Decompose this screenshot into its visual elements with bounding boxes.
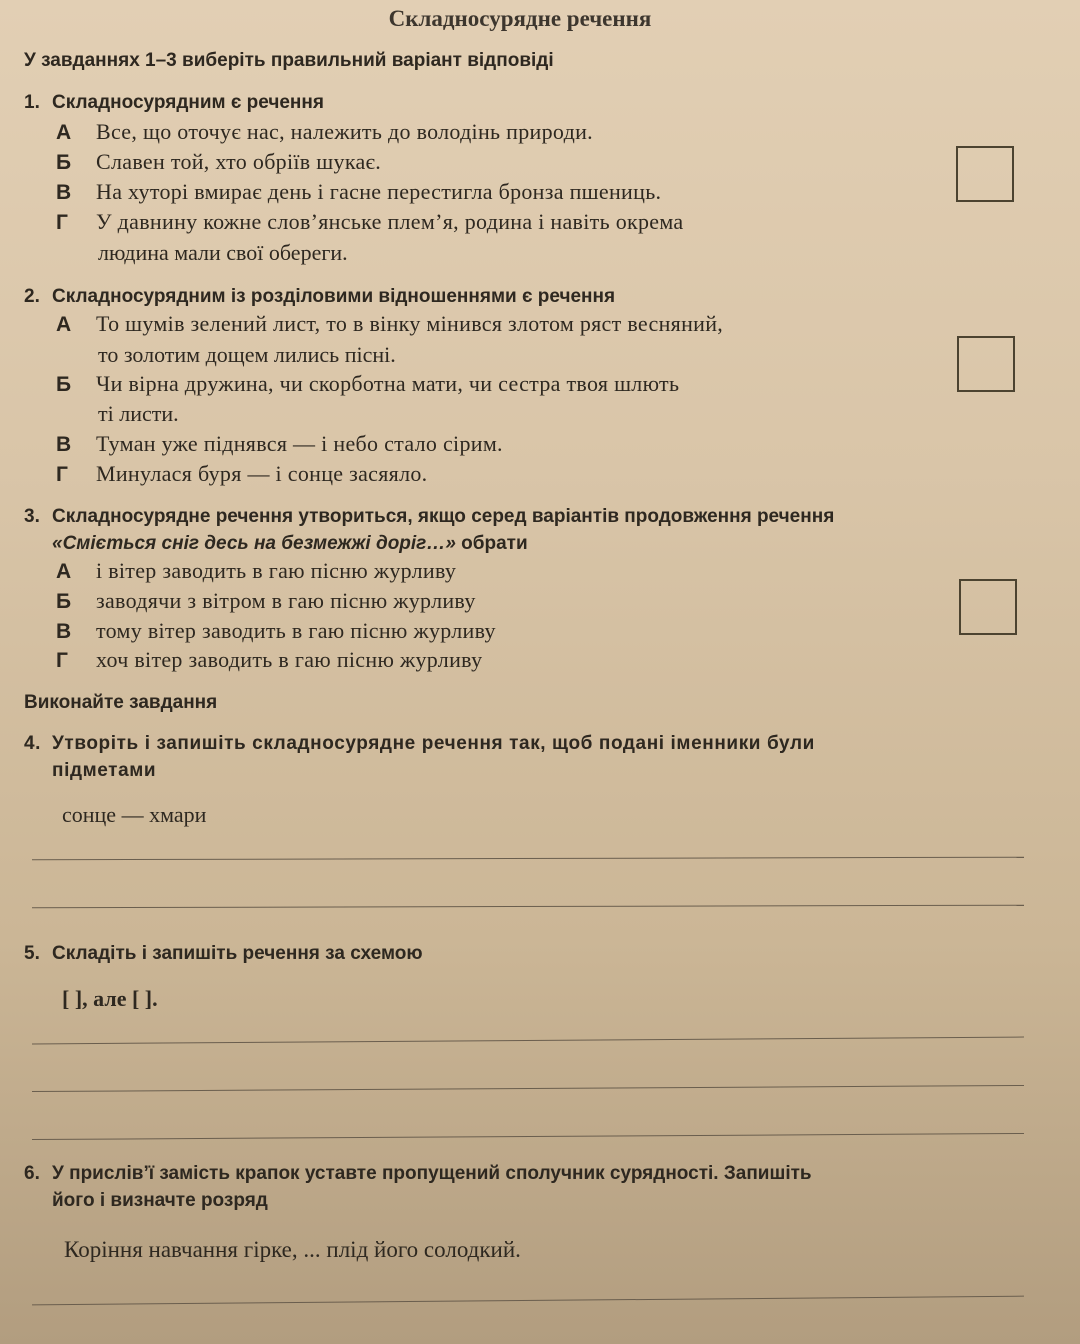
page-title: Складносурядне речення [0,6,1040,32]
question-3-option-b[interactable]: Бзаводячи з вітром в гаю пісню журливу [56,586,476,617]
question-3-quote: «Сміється сніг десь на безмежжі доріг…» [52,533,456,554]
worksheet-page: Складносурядне речення У завданнях 1–3 в… [0,0,1080,1344]
question-6-proverb: Коріння навчання гірке, ... плід його со… [64,1237,521,1263]
question-1-option-c[interactable]: ВНа хуторі вмирає день і гасне перестигл… [56,177,661,208]
question-3-prompt: 3.Складносурядне речення утвориться, якщ… [24,503,1024,557]
question-3-option-a[interactable]: Аі вітер заводить в гаю пісню журливу [56,556,456,587]
question-2-prompt: 2.Складносурядним із розділовими відноше… [24,283,1024,310]
question-1-option-b[interactable]: БСлавен той, хто обріїв шукає. [56,147,381,178]
question-5-answer-line-2[interactable] [32,1085,1024,1092]
question-1-option-a[interactable]: АВсе, що оточує нас, належить до володін… [56,117,593,148]
question-2-option-d[interactable]: ГМинулася буря — і сонце засяяло. [56,459,427,490]
tasks-section-heading: Виконайте завдання [24,692,217,714]
question-1-prompt: 1.Складносурядним є речення [24,89,1024,116]
question-1-answer-box[interactable] [956,146,1014,202]
question-4-answer-line-1[interactable] [32,857,1024,861]
question-5-answer-line-1[interactable] [32,1037,1024,1045]
question-6-prompt: 6.У прислів’ї замість крапок уставте про… [24,1160,1024,1214]
question-1-option-d[interactable]: ГУ давнину кожне слов’янське плем’я, род… [56,207,684,238]
question-5-answer-line-3[interactable] [32,1133,1024,1140]
question-6-answer-line-1[interactable] [32,1296,1024,1306]
question-4-answer-line-2[interactable] [32,905,1024,909]
question-2-answer-box[interactable] [957,336,1015,392]
question-1-option-d-continuation: людина мали свої обереги. [98,240,348,266]
question-4-given-words: сонце — хмари [62,802,206,828]
question-4-prompt: 4.Утворіть і запишіть складносурядне реч… [24,730,1024,784]
question-2-option-a[interactable]: АТо шумів зелений лист, то в вінку мінив… [56,309,723,340]
question-3-answer-box[interactable] [959,579,1017,635]
instructions-heading: У завданнях 1–3 виберіть правильний варі… [24,50,554,72]
question-2-option-b-continuation: ті листи. [98,401,179,427]
question-2-option-b[interactable]: БЧи вірна дружина, чи скорботна мати, чи… [56,369,679,400]
question-2-option-a-continuation: то золотим дощем лились пісні. [98,342,396,368]
question-5-scheme: [ ], але [ ]. [62,986,158,1012]
question-2-option-c[interactable]: ВТуман уже піднявся — і небо стало сірим… [56,429,503,460]
question-3-option-d[interactable]: Гхоч вітер заводить в гаю пісню журливу [56,645,482,676]
question-3-option-c[interactable]: Втому вітер заводить в гаю пісню журливу [56,616,496,647]
question-5-prompt: 5.Складіть і запишіть речення за схемою [24,940,1024,967]
